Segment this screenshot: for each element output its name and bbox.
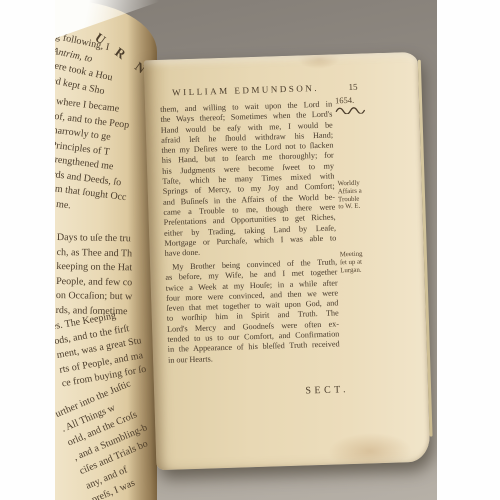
text-line: on Occaſion; but w	[56, 289, 133, 305]
text-line: Days to uſe the tru	[57, 231, 134, 247]
margin-note-line: Lurgan.	[340, 265, 400, 275]
left-page-text-segment: g following, IAntrim, tohere took a Houa…	[55, 30, 120, 100]
photo-area: J O U R N A L g following, IAntrim, tohe…	[55, 0, 437, 500]
left-white-border	[0, 0, 55, 500]
left-page-text-segment: es. The Keepingods, and to the firſtment…	[55, 306, 148, 392]
text-line: ch, as Thee and Th	[56, 245, 133, 261]
year-label: 1654.	[335, 95, 354, 106]
catchword: SECT.	[169, 384, 349, 401]
book-photograph: J O U R N A L g following, IAntrim, tohe…	[0, 0, 500, 500]
margin-note-meeting: Meetingſet up atLurgan.	[340, 249, 401, 274]
right-white-border	[437, 0, 500, 500]
flourish-squiggle-icon	[335, 105, 365, 114]
right-page: WILLIAM EDMUNDSON. 15 them, and willing …	[144, 52, 431, 470]
left-page: J O U R N A L g following, IAntrim, tohe…	[55, 0, 157, 500]
margin-note-year: 1654.	[335, 95, 396, 115]
left-page-text-segment: Days to uſe the truch, as Thee and Thkee…	[55, 231, 133, 319]
text-line: keeping on the Hat	[56, 260, 133, 276]
left-page-text-segment: where I becameof, and to the Peopnarrowl…	[55, 95, 138, 220]
page-fore-edge	[418, 60, 433, 437]
margin-note-worldly-affairs: WorldlyAffairs aTroubleto W. E.	[337, 178, 398, 211]
left-page-text-segment: urther into the Juſtic. All Things world…	[55, 376, 157, 500]
text-line: People, and few co	[56, 274, 133, 290]
running-header-title: WILLIAM EDMUNDSON.	[160, 83, 332, 98]
margin-note-line: to W. E.	[338, 202, 398, 212]
paragraph-2: My Brother being convinced of the Truth,…	[165, 257, 340, 365]
running-header: WILLIAM EDMUNDSON. 15	[160, 82, 360, 100]
paragraph-1: them, and willing to wait upon the Lord …	[160, 100, 337, 260]
page-number: 15	[348, 82, 357, 92]
